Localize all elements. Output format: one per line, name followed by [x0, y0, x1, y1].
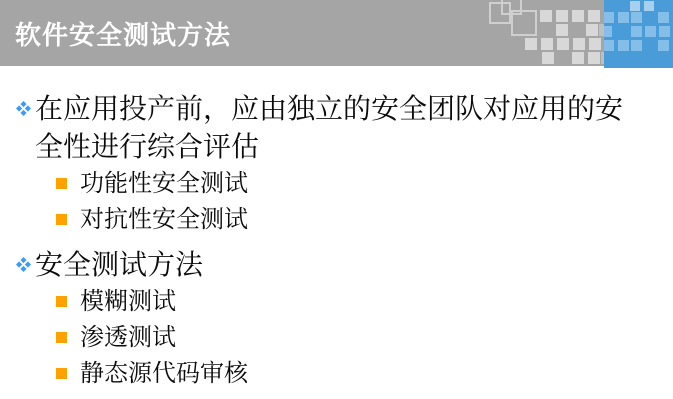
sub-bullet-text: 功能性安全测试: [80, 166, 248, 202]
gray-square-decoration: [541, 38, 553, 50]
gray-square-decoration: [588, 52, 600, 64]
blue-square-decoration: [658, 40, 669, 51]
square-bullet-icon: [56, 296, 67, 307]
blue-square-decoration: [604, 12, 614, 23]
blue-square-decoration: [631, 26, 642, 37]
sub-bullet-text: 模糊测试: [80, 284, 176, 320]
blue-square-decoration: [618, 12, 629, 23]
square-bullet-icon: [56, 332, 67, 343]
gray-square-decoration: [573, 38, 585, 50]
bullet-item-1: 在应用投产前，应由独立的安全团队对应用的安全性进行综合评估: [16, 90, 655, 166]
sub-bullet-item: 静态源代码审核: [16, 356, 655, 392]
square-bullet-icon: [56, 214, 67, 225]
square-bullet-icon: [56, 368, 67, 379]
sub-bullet-text: 对抗性安全测试: [80, 202, 248, 238]
diamond-bullet-icon: [16, 246, 35, 272]
square-bullet-icon: [56, 178, 67, 189]
gray-square-decoration: [542, 52, 554, 64]
gray-square-decoration: [572, 10, 584, 22]
blue-square-decoration: [631, 12, 642, 23]
blue-square-decoration: [630, 1, 640, 11]
blue-accent-block: [604, 0, 673, 68]
gray-square-decoration: [588, 10, 600, 22]
bullet-text: 安全测试方法: [35, 246, 203, 284]
gray-square-decoration: [557, 38, 569, 50]
sub-bullet-text: 渗透测试: [80, 320, 176, 356]
bullet-item-2: 安全测试方法: [16, 246, 655, 284]
diamond-bullet-icon: [16, 90, 35, 116]
outline-square-decoration: [511, 10, 537, 36]
blue-square-decoration: [644, 1, 654, 11]
title-bar: 软件安全测试方法: [0, 0, 673, 68]
gray-square-decoration: [525, 38, 537, 50]
blue-square-decoration: [631, 40, 642, 51]
sub-bullet-item: 渗透测试: [16, 320, 655, 356]
blue-square-decoration: [604, 26, 612, 37]
sub-bullet-item: 功能性安全测试: [16, 166, 655, 202]
gray-square-decoration: [589, 38, 601, 50]
sub-bullet-text: 静态源代码审核: [80, 356, 248, 392]
gray-square-decoration: [540, 10, 552, 22]
bullet-text: 在应用投产前，应由独立的安全团队对应用的安全性进行综合评估: [35, 90, 649, 166]
sub-bullet-item: 对抗性安全测试: [16, 202, 655, 238]
blue-square-decoration: [658, 12, 669, 23]
slide-title: 软件安全测试方法: [15, 0, 231, 66]
blue-square-decoration: [618, 40, 629, 51]
gray-square-decoration: [556, 24, 568, 36]
gray-square-decoration: [586, 24, 598, 36]
gray-square-decoration: [572, 52, 584, 64]
slide-content: 在应用投产前，应由独立的安全团队对应用的安全性进行综合评估 功能性安全测试 对抗…: [0, 68, 673, 392]
presentation-slide: 软件安全测试方法 在应用投产前，应由独立的安全团队对应用的安全性进行综合评估 功…: [0, 0, 673, 399]
blue-square-decoration: [659, 26, 670, 37]
blue-square-decoration: [604, 40, 614, 51]
sub-bullet-item: 模糊测试: [16, 284, 655, 320]
gray-square-decoration: [556, 10, 568, 22]
blue-square-decoration: [645, 26, 656, 37]
